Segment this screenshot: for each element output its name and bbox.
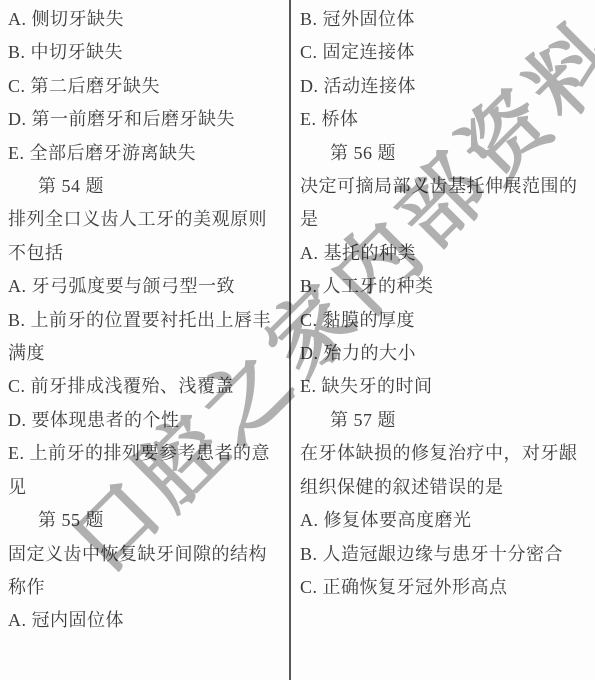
q57-stem: 在牙体缺损的修复治疗中，对牙龈组织保健的叙述错误的是 bbox=[300, 437, 581, 504]
q54-stem: 排列全口义齿人工牙的美观原则不包括 bbox=[8, 203, 285, 270]
left-column: A. 侧切牙缺失 B. 中切牙缺失 C. 第二后磨牙缺失 D. 第一前磨牙和后磨… bbox=[8, 0, 285, 638]
q56-stem: 决定可摘局部义齿基托伸展范围的是 bbox=[300, 170, 581, 237]
q55-option-c: C. 固定连接体 bbox=[300, 36, 581, 69]
q54-option-d: D. 要体现患者的个性 bbox=[8, 404, 285, 437]
q55-option-d: D. 活动连接体 bbox=[300, 70, 581, 103]
q55-option-a: A. 冠内固位体 bbox=[8, 604, 285, 637]
q57-option-b: B. 人造冠龈边缘与患牙十分密合 bbox=[300, 538, 581, 571]
q56-option-b: B. 人工牙的种类 bbox=[300, 270, 581, 303]
q53-option-d: D. 第一前磨牙和后磨牙缺失 bbox=[8, 103, 285, 136]
q56-option-d: D. 殆力的大小 bbox=[300, 337, 581, 370]
q55-number: 第 55 题 bbox=[8, 504, 285, 537]
q53-option-e: E. 全部后磨牙游离缺失 bbox=[8, 137, 285, 170]
q54-number: 第 54 题 bbox=[8, 170, 285, 203]
q55-stem: 固定义齿中恢复缺牙间隙的结构称作 bbox=[8, 538, 285, 605]
q53-option-c: C. 第二后磨牙缺失 bbox=[8, 70, 285, 103]
q57-number: 第 57 题 bbox=[300, 404, 581, 437]
q54-option-c: C. 前牙排成浅覆殆、浅覆盖 bbox=[8, 370, 285, 403]
q55-option-e: E. 桥体 bbox=[300, 103, 581, 136]
q53-option-a: A. 侧切牙缺失 bbox=[8, 3, 285, 36]
right-column: B. 冠外固位体 C. 固定连接体 D. 活动连接体 E. 桥体 第 56 题 … bbox=[300, 0, 581, 604]
q56-option-a: A. 基托的种类 bbox=[300, 237, 581, 270]
column-divider bbox=[289, 0, 291, 680]
q56-option-e: E. 缺失牙的时间 bbox=[300, 370, 581, 403]
q57-option-a: A. 修复体要高度磨光 bbox=[300, 504, 581, 537]
q57-option-c: C. 正确恢复牙冠外形高点 bbox=[300, 571, 581, 604]
q54-option-a: A. 牙弓弧度要与颌弓型一致 bbox=[8, 270, 285, 303]
q56-number: 第 56 题 bbox=[300, 137, 581, 170]
q56-option-c: C. 黏膜的厚度 bbox=[300, 304, 581, 337]
exam-page: A. 侧切牙缺失 B. 中切牙缺失 C. 第二后磨牙缺失 D. 第一前磨牙和后磨… bbox=[0, 0, 595, 680]
q53-option-b: B. 中切牙缺失 bbox=[8, 36, 285, 69]
q55-option-b: B. 冠外固位体 bbox=[300, 3, 581, 36]
q54-option-b: B. 上前牙的位置要衬托出上唇丰满度 bbox=[8, 304, 285, 371]
q54-option-e: E. 上前牙的排列要参考患者的意见 bbox=[8, 437, 285, 504]
